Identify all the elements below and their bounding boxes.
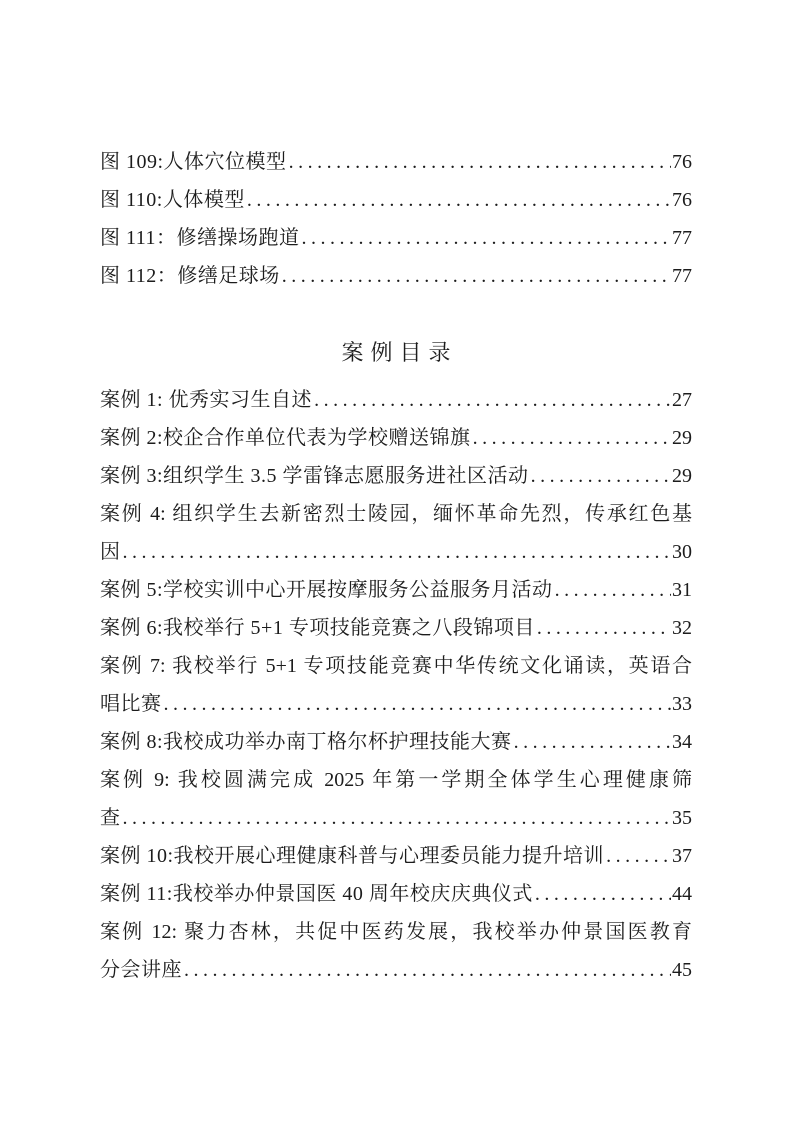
case-toc-entry: 案例 2:校企合作单位代表为学校赠送锦旗 ...................… (100, 419, 692, 457)
case-toc-label-line2-row: 唱比赛 ....................................… (100, 685, 692, 723)
case-toc-label-line1: 案例 7: 我校举行 5+1 专项技能竞赛中华传统文化诵读，英语合 (100, 647, 692, 685)
case-toc-page: 32 (671, 609, 692, 647)
figure-toc-page: 76 (671, 181, 692, 219)
document-page: 图 109:人体穴位模型 ...........................… (0, 0, 800, 1131)
figure-toc-entry: 图 112：修缮足球场 ............................… (100, 257, 692, 295)
leader-dots: ........................................… (121, 533, 672, 571)
leader-dots: ........................................… (529, 457, 671, 495)
case-toc-page: 30 (671, 533, 692, 571)
case-toc-label-line2: 因 (100, 533, 121, 571)
case-toc-page: 31 (671, 571, 692, 609)
case-toc-label-line2: 分会讲座 (100, 951, 182, 989)
leader-dots: ........................................… (471, 419, 671, 457)
case-toc-label-line2-row: 查 ......................................… (100, 799, 692, 837)
case-toc-label: 案例 2:校企合作单位代表为学校赠送锦旗 (100, 419, 471, 457)
figure-toc-page: 76 (671, 143, 692, 181)
leader-dots: ........................................… (280, 257, 671, 295)
leader-dots: ........................................… (287, 143, 671, 181)
case-toc-entry: 案例 6:我校举行 5+1 专项技能竞赛之八段锦项目 .............… (100, 609, 692, 647)
case-toc-entry: 案例 7: 我校举行 5+1 专项技能竞赛中华传统文化诵读，英语合 唱比赛 ..… (100, 647, 692, 723)
figures-toc: 图 109:人体穴位模型 ...........................… (100, 143, 692, 295)
figure-toc-label: 图 112：修缮足球场 (100, 257, 280, 295)
case-toc-label: 案例 6:我校举行 5+1 专项技能竞赛之八段锦项目 (100, 609, 535, 647)
case-toc-entry: 案例 1: 优秀实习生自述 ..........................… (100, 381, 692, 419)
figure-toc-label: 图 110:人体模型 (100, 181, 245, 219)
case-toc-label-line1: 案例 9: 我校圆满完成 2025 年第一学期全体学生心理健康筛 (100, 761, 692, 799)
case-toc-entry: 案例 8:我校成功举办南丁格尔杯护理技能大赛 .................… (100, 723, 692, 761)
case-toc-entry: 案例 5:学校实训中心开展按摩服务公益服务月活动 ...............… (100, 571, 692, 609)
case-toc-page: 37 (671, 837, 692, 875)
case-toc-label-line2: 唱比赛 (100, 685, 162, 723)
leader-dots: ........................................… (533, 875, 671, 913)
case-toc-entry: 案例 11:我校举办仲景国医 40 周年校庆庆典仪式 .............… (100, 875, 692, 913)
case-toc-page: 29 (671, 457, 692, 495)
case-toc-entry: 案例 3:组织学生 3.5 学雷锋志愿服务进社区活动 .............… (100, 457, 692, 495)
case-toc-page: 35 (671, 799, 692, 837)
cases-toc-heading: 案例目录 (100, 334, 692, 372)
case-toc-entry: 案例 9: 我校圆满完成 2025 年第一学期全体学生心理健康筛 查 .....… (100, 761, 692, 837)
case-toc-page: 33 (671, 685, 692, 723)
leader-dots: ........................................… (604, 837, 671, 875)
leader-dots: ........................................… (121, 799, 672, 837)
case-toc-label: 案例 3:组织学生 3.5 学雷锋志愿服务进社区活动 (100, 457, 529, 495)
case-toc-label-line2-row: 因 ......................................… (100, 533, 692, 571)
figure-toc-entry: 图 111：修缮操场跑道 ...........................… (100, 219, 692, 257)
leader-dots: ........................................… (182, 951, 671, 989)
case-toc-page: 44 (671, 875, 692, 913)
case-toc-label-line1: 案例 4: 组织学生去新密烈士陵园，缅怀革命先烈，传承红色基 (100, 495, 692, 533)
leader-dots: ........................................… (162, 685, 672, 723)
case-toc-page: 27 (671, 381, 692, 419)
case-toc-label-line2-row: 分会讲座 ...................................… (100, 951, 692, 989)
leader-dots: ........................................… (312, 381, 671, 419)
case-toc-label: 案例 5:学校实训中心开展按摩服务公益服务月活动 (100, 571, 553, 609)
leader-dots: ........................................… (553, 571, 671, 609)
case-toc-entry: 案例 12: 聚力杏林，共促中医药发展，我校举办仲景国医教育 分会讲座 ....… (100, 913, 692, 989)
case-toc-label: 案例 10:我校开展心理健康科普与心理委员能力提升培训 (100, 837, 604, 875)
case-toc-label: 案例 8:我校成功举办南丁格尔杯护理技能大赛 (100, 723, 512, 761)
case-toc-label: 案例 1: 优秀实习生自述 (100, 381, 312, 419)
figure-toc-label: 图 109:人体穴位模型 (100, 143, 287, 181)
leader-dots: ........................................… (535, 609, 671, 647)
toc-content: 图 109:人体穴位模型 ...........................… (100, 143, 692, 989)
figure-toc-page: 77 (671, 257, 692, 295)
leader-dots: ........................................… (512, 723, 671, 761)
leader-dots: ........................................… (300, 219, 671, 257)
case-toc-entry: 案例 4: 组织学生去新密烈士陵园，缅怀革命先烈，传承红色基 因 .......… (100, 495, 692, 571)
figure-toc-entry: 图 109:人体穴位模型 ...........................… (100, 143, 692, 181)
figure-toc-label: 图 111：修缮操场跑道 (100, 219, 300, 257)
case-toc-label-line1: 案例 12: 聚力杏林，共促中医药发展，我校举办仲景国医教育 (100, 913, 692, 951)
case-toc-page: 29 (671, 419, 692, 457)
leader-dots: ........................................… (245, 181, 671, 219)
case-toc-page: 34 (671, 723, 692, 761)
cases-toc: 案例 1: 优秀实习生自述 ..........................… (100, 381, 692, 989)
case-toc-label: 案例 11:我校举办仲景国医 40 周年校庆庆典仪式 (100, 875, 533, 913)
case-toc-label-line2: 查 (100, 799, 121, 837)
case-toc-page: 45 (671, 951, 692, 989)
figure-toc-page: 77 (671, 219, 692, 257)
case-toc-entry: 案例 10:我校开展心理健康科普与心理委员能力提升培训 ............… (100, 837, 692, 875)
figure-toc-entry: 图 110:人体模型 .............................… (100, 181, 692, 219)
